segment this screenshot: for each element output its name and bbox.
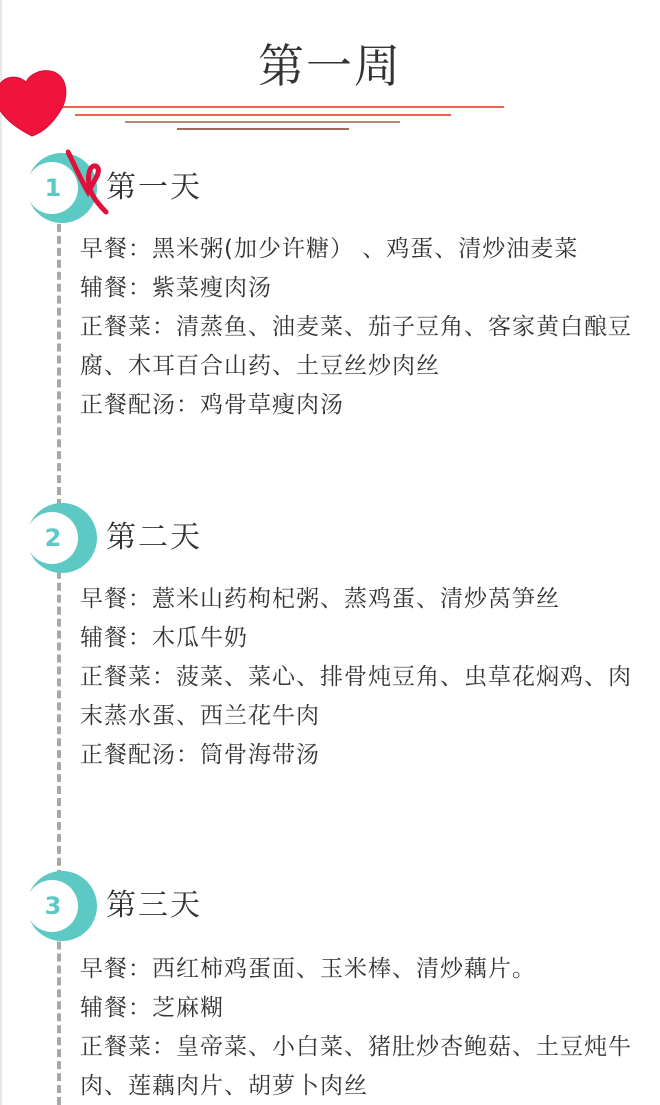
day-title: 第二天	[106, 502, 202, 574]
day-2-header: 2 第二天	[26, 502, 426, 574]
meal-snack: 辅餐：木瓜牛奶	[80, 619, 650, 658]
title-divider-third	[125, 121, 400, 123]
page-edge	[0, 0, 2, 1105]
meal-breakfast: 早餐：西红柿鸡蛋面、玉米棒、清炒藕片。	[80, 950, 650, 989]
meal-snack: 辅餐：紫菜瘦肉汤	[80, 269, 650, 308]
day-badge-icon: 2	[26, 502, 98, 574]
day-2-meals: 早餐：薏米山药枸杞粥、蒸鸡蛋、清炒莴笋丝 辅餐：木瓜牛奶 正餐菜：菠菜、菜心、排…	[80, 580, 650, 775]
day-number: 2	[26, 502, 80, 574]
day-badge-icon: 3	[26, 870, 98, 942]
meal-main-dishes: 正餐菜：清蒸鱼、油麦菜、茄子豆角、客家黄白酿豆腐、木耳百合山药、土豆丝炒肉丝	[80, 308, 650, 386]
day-3-meals: 早餐：西红柿鸡蛋面、玉米棒、清炒藕片。 辅餐：芝麻糊 正餐菜：皇帝菜、小白菜、猪…	[80, 950, 650, 1105]
day-title: 第一天	[106, 152, 202, 224]
day-3-header: 3 第三天	[26, 870, 426, 942]
day-1-meals: 早餐：黑米粥(加少许糖） 、鸡蛋、清炒油麦菜 辅餐：紫菜瘦肉汤 正餐菜：清蒸鱼、…	[80, 230, 650, 425]
meal-main-soup: 正餐配汤：鸡骨草瘦肉汤	[80, 386, 650, 425]
page-title: 第一周	[0, 34, 660, 98]
day-number: 3	[26, 870, 80, 942]
red-scribble-icon	[66, 148, 110, 216]
heart-icon	[0, 66, 72, 140]
title-divider-fourth	[177, 128, 349, 130]
title-divider-top	[54, 106, 504, 108]
meal-main-soup: 正餐配汤：筒骨海带汤	[80, 736, 650, 775]
title-divider-second	[75, 114, 451, 116]
meal-main-dishes: 正餐菜：皇帝菜、小白菜、猪肚炒杏鲍菇、土豆炖牛肉、莲藕肉片、胡萝卜肉丝	[80, 1028, 650, 1105]
meal-breakfast: 早餐：薏米山药枸杞粥、蒸鸡蛋、清炒莴笋丝	[80, 580, 650, 619]
meal-main-dishes: 正餐菜：菠菜、菜心、排骨炖豆角、虫草花焖鸡、肉末蒸水蛋、西兰花牛肉	[80, 658, 650, 736]
timeline-dashed-line	[57, 200, 61, 1105]
meal-snack: 辅餐：芝麻糊	[80, 989, 650, 1028]
day-title: 第三天	[106, 870, 202, 942]
meal-breakfast: 早餐：黑米粥(加少许糖） 、鸡蛋、清炒油麦菜	[80, 230, 650, 269]
